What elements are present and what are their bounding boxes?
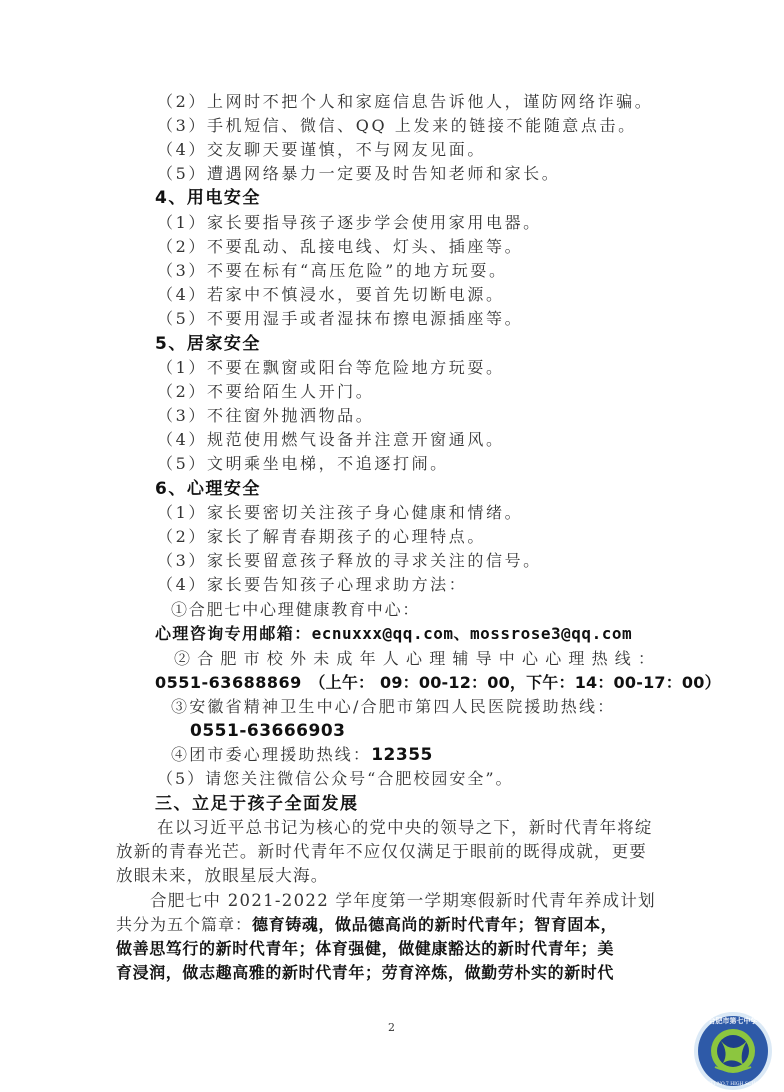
list-item: （4）家长要告知孩子心理求助方法： [157,573,467,597]
hotline-2-hours: （上午： 09：00-12：00，下午：14：00-17：00） [309,673,720,692]
hotline-4-label: ④团市委心理援助热线： [171,745,371,764]
hotline-3-phone: 0551-63666903 [190,719,346,743]
list-item: （3）不要在标有“高压危险”的地方玩耍。 [157,259,508,283]
paragraph-bold-text: 德育铸魂，做品德高尚的新时代青年；智育固本， [252,915,617,934]
list-item: （4）交友聊天要谨慎，不与网友见面。 [157,138,486,162]
svg-text:合肥市第七中学: 合肥市第七中学 [709,1016,758,1025]
list-item: （5）遭遇网络暴力一定要及时告知老师和家长。 [157,162,560,186]
paragraph-line: 合肥七中 2021-2022 学年度第一学期寒假新时代青年养成计划 [150,889,656,913]
list-item: （2）上网时不把个人和家庭信息告诉他人，谨防网络诈骗。 [157,90,653,114]
email-value: ecnuxxx@qq.com、mossrose3@qq.com [312,624,633,643]
hotline-2-line: 0551-63688869 （上午： 09：00-12：00，下午：14：00-… [155,671,721,695]
list-item: （4）规范使用燃气设备并注意开窗通风。 [157,428,505,452]
email-line: 心理咨询专用邮箱：ecnuxxx@qq.com、mossrose3@qq.com [155,622,632,646]
email-label: 心理咨询专用邮箱： [155,624,312,643]
list-item: （1）家长要密切关注孩子身心健康和情绪。 [157,501,523,525]
paragraph-line: 做善思笃行的新时代青年；体育强健，做健康豁达的新时代青年；美 [116,937,614,961]
list-item: （1）家长要指导孩子逐步学会使用家用电器。 [157,211,542,235]
list-item: （5）不要用湿手或者湿抹布擦电源插座等。 [157,307,523,331]
paragraph-line: 在以习近平总书记为核心的党中央的领导之下，新时代青年将绽 [157,816,653,840]
part-heading-comprehensive-development: 三、立足于孩子全面发展 [155,792,359,816]
list-item: （3）手机短信、微信、QQ 上发来的链接不能随意点击。 [157,114,637,138]
hotline-2-phone: 0551-63688869 [155,673,302,692]
paragraph-plain-text: 共分为五个篇章： [116,915,252,934]
list-item: （4）若家中不慎浸水，要首先切断电源。 [157,283,505,307]
help-center-4: ④团市委心理援助热线：12355 [171,743,433,767]
paragraph-line: 育浸润，做志趣高雅的新时代青年；劳育淬炼，做勤劳朴实的新时代 [116,961,614,985]
list-item: （2）不要乱动、乱接电线、灯头、插座等。 [157,235,523,259]
list-item: （2）家长了解青春期孩子的心理特点。 [157,525,486,549]
list-item: （2）不要给陌生人开门。 [157,380,374,404]
paragraph-line: 放新的青春光芒。新时代青年不应仅仅满足于眼前的既得成就，更要 [116,840,647,864]
list-item: （3）家长要留意孩子释放的寻求关注的信号。 [157,549,542,573]
hotline-4-phone: 12355 [371,745,433,765]
paragraph-line: 放眼未来，放眼星辰大海。 [116,864,328,888]
svg-text:HEFEI NO.7 HIGH SCHOOL: HEFEI NO.7 HIGH SCHOOL [700,1081,765,1087]
help-center-3: ③安徽省精神卫生中心/合肥市第四人民医院援助热线： [171,695,615,719]
help-center-2: ②合肥市校外未成年人心理辅导中心心理热线： [174,647,661,671]
section-heading-electric-safety: 4、用电安全 [155,186,261,210]
section-heading-mental-safety: 6、心理安全 [155,477,261,501]
paragraph-line: 共分为五个篇章：德育铸魂，做品德高尚的新时代青年；智育固本， [116,913,617,937]
school-logo: 合肥市第七中学 HEFEI NO.7 HIGH SCHOOL [693,1011,773,1091]
list-item: （3）不往窗外抛洒物品。 [157,404,374,428]
list-item: （1）不要在飘窗或阳台等危险地方玩耍。 [157,356,505,380]
list-item: （5）请您关注微信公众号“合肥校园安全”。 [157,767,514,791]
help-center-1: ①合肥七中心理健康教育中心： [171,598,420,622]
document-page: （2）上网时不把个人和家庭信息告诉他人，谨防网络诈骗。 （3）手机短信、微信、Q… [0,0,784,1092]
list-item: （5）文明乘坐电梯，不追逐打闹。 [157,452,449,476]
page-number: 2 [388,1021,395,1034]
section-heading-home-safety: 5、居家安全 [155,332,261,356]
school-emblem-icon: 合肥市第七中学 HEFEI NO.7 HIGH SCHOOL [693,1011,773,1091]
